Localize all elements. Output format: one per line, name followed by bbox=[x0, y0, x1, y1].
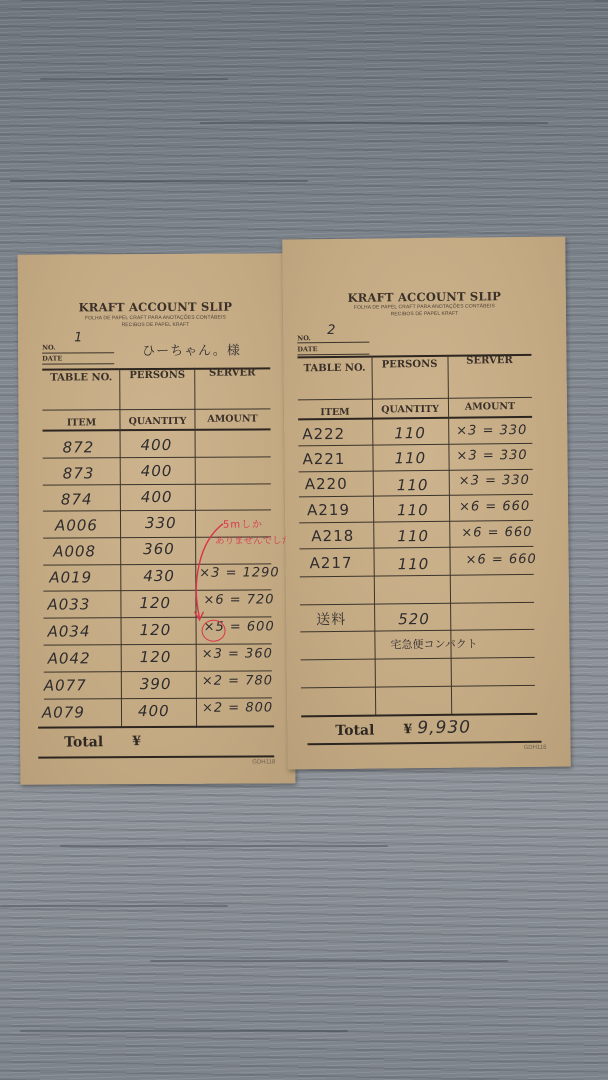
wood-grain bbox=[10, 180, 308, 182]
quantity-cell: 120 bbox=[140, 621, 172, 639]
item-cell: 874 bbox=[61, 490, 93, 508]
product-code: GDH118 bbox=[252, 759, 275, 765]
slip-number: 1 bbox=[74, 330, 83, 345]
column-rule bbox=[298, 397, 532, 400]
quantity-cell: 430 bbox=[143, 567, 175, 585]
no-underline bbox=[42, 352, 114, 353]
quantity-cell: 110 bbox=[397, 501, 429, 519]
item-cell: 873 bbox=[63, 464, 95, 482]
row-rule bbox=[44, 616, 272, 618]
item-cell: A077 bbox=[44, 676, 87, 694]
no-underline bbox=[297, 342, 369, 344]
item-cell: A006 bbox=[55, 516, 98, 534]
date-label: DATE bbox=[42, 354, 62, 362]
quantity-column-header: QUANTITY bbox=[372, 404, 448, 416]
quantity-cell: 110 bbox=[397, 476, 429, 494]
quantity-cell: 520 bbox=[398, 610, 430, 628]
item-cell: A019 bbox=[49, 568, 92, 586]
date-underline bbox=[42, 363, 114, 364]
row-rule bbox=[43, 456, 271, 458]
amount-cell: ×6 = 660 bbox=[466, 552, 537, 568]
row-rule bbox=[44, 670, 272, 672]
item-cell: A042 bbox=[48, 649, 91, 667]
row-rule bbox=[43, 483, 271, 485]
quantity-cell: 120 bbox=[139, 594, 171, 612]
date-label: DATE bbox=[297, 345, 317, 353]
row-rule bbox=[43, 589, 271, 591]
account-slip-2: KRAFT ACCOUNT SLIP FOLHA DE PAPEL CRAFT … bbox=[282, 237, 571, 770]
quantity-cell: 400 bbox=[141, 462, 173, 480]
slip-number: 2 bbox=[327, 323, 336, 338]
quantity-cell: 400 bbox=[138, 702, 170, 720]
quantity-cell: 110 bbox=[394, 449, 426, 467]
table-row: 宅急便コンパクト bbox=[282, 237, 565, 240]
table-row: A033 120 ×6 = 720 bbox=[18, 253, 293, 254]
item-column-header: ITEM bbox=[298, 407, 372, 419]
wood-grain bbox=[60, 845, 388, 847]
server-header: SERVER bbox=[194, 367, 270, 378]
quantity-cell: 110 bbox=[397, 527, 429, 545]
quantity-cell: 400 bbox=[141, 488, 173, 506]
total-underline bbox=[38, 755, 274, 758]
row-rule bbox=[299, 546, 533, 549]
total-label: Total bbox=[64, 734, 103, 750]
row-rule bbox=[301, 685, 535, 688]
recipient-name: ひーちゃん。様 bbox=[142, 340, 241, 360]
row-rule bbox=[299, 494, 533, 497]
wood-grain bbox=[0, 905, 228, 907]
slip-title: KRAFT ACCOUNT SLIP bbox=[18, 299, 293, 314]
wood-grain bbox=[150, 960, 508, 962]
table-row: 送料 520 bbox=[282, 237, 565, 240]
wood-grain bbox=[40, 78, 228, 80]
account-slip-1: KRAFT ACCOUNT SLIP FOLHA DE PAPEL CRAFT … bbox=[18, 253, 296, 784]
item-cell: A008 bbox=[53, 542, 96, 560]
table-row: A019 430 ×3 = 1290 bbox=[18, 253, 293, 254]
table-row: A034 120 ×5 = 600 bbox=[18, 253, 293, 254]
amount-cell: ×3 = 330 bbox=[459, 473, 530, 489]
row-rule bbox=[43, 509, 271, 511]
row-rule bbox=[300, 574, 534, 577]
table-row: A077 390 ×2 = 780 bbox=[18, 253, 293, 254]
item-cell: A033 bbox=[47, 595, 90, 613]
item-cell: A034 bbox=[48, 622, 91, 640]
item-cell: A221 bbox=[302, 450, 345, 468]
currency-symbol: ¥ bbox=[403, 722, 412, 737]
item-cell: A220 bbox=[305, 475, 348, 493]
table-row: A222 110 ×3 = 330 bbox=[282, 237, 565, 240]
currency-symbol: ¥ bbox=[132, 734, 141, 749]
item-cell: A218 bbox=[311, 527, 354, 545]
amount-cell: ×6 = 660 bbox=[461, 525, 532, 541]
total-underline bbox=[308, 741, 542, 745]
red-arrow-icon bbox=[189, 522, 230, 634]
total-amount: 9,930 bbox=[417, 718, 471, 739]
persons-header: PERSONS bbox=[371, 359, 447, 371]
table-no-header: TABLE NO. bbox=[42, 372, 120, 383]
quantity-cell: 110 bbox=[398, 555, 430, 573]
item-cell: A222 bbox=[302, 425, 345, 443]
amount-column-header: AMOUNT bbox=[194, 413, 270, 424]
row-rule bbox=[299, 469, 533, 472]
amount-cell: ×3 = 360 bbox=[202, 646, 273, 661]
server-header: SERVER bbox=[447, 355, 531, 367]
row-rule bbox=[301, 657, 535, 660]
table-row: 872 400 bbox=[18, 253, 293, 254]
amount-cell: ×2 = 800 bbox=[202, 700, 273, 715]
amount-cell: ×3 = 330 bbox=[456, 448, 527, 464]
quantity-cell: 120 bbox=[140, 648, 172, 666]
wood-grain bbox=[200, 122, 548, 124]
item-cell: 送料 bbox=[316, 609, 346, 629]
table-row: A217 110 ×6 = 660 bbox=[282, 237, 565, 240]
persons-header: PERSONS bbox=[120, 370, 194, 381]
table-row: A220 110 ×3 = 330 bbox=[282, 237, 565, 240]
row-rule bbox=[300, 629, 534, 632]
item-cell: A219 bbox=[307, 501, 350, 519]
item-cell: A217 bbox=[310, 554, 353, 572]
table-row: A219 110 ×6 = 660 bbox=[282, 237, 565, 240]
product-code: GDH118 bbox=[524, 745, 547, 751]
column-rule bbox=[42, 408, 270, 410]
quantity-cell: 360 bbox=[143, 540, 175, 558]
row-rule bbox=[44, 643, 272, 645]
item-cell: A079 bbox=[42, 703, 85, 721]
slip-subtitle: RECIBOS DE PAPEL KRAFT bbox=[18, 321, 293, 328]
row-rule bbox=[44, 697, 272, 699]
no-label: NO. bbox=[42, 344, 56, 352]
row-rule bbox=[300, 602, 534, 605]
item-column-header: ITEM bbox=[42, 417, 120, 428]
total-rule bbox=[301, 713, 537, 717]
amount-cell: ×3 = 330 bbox=[456, 423, 527, 439]
quantity-column-header: QUANTITY bbox=[120, 416, 194, 427]
shipping-method-note: 宅急便コンパクト bbox=[390, 635, 477, 652]
item-cell: 872 bbox=[63, 438, 95, 456]
amount-cell: ×2 = 780 bbox=[202, 673, 273, 688]
table-row: A006 330 bbox=[18, 253, 293, 254]
table-row: A008 360 bbox=[18, 253, 293, 254]
table-row: A079 400 ×2 = 800 bbox=[18, 253, 293, 254]
table-no-header: TABLE NO. bbox=[298, 363, 372, 375]
quantity-cell: 390 bbox=[140, 675, 172, 693]
no-label: NO. bbox=[297, 334, 311, 342]
table-row: 874 400 bbox=[18, 253, 293, 254]
column-rule bbox=[43, 428, 271, 431]
amount-column-header: AMOUNT bbox=[448, 401, 532, 413]
amount-cell: ×6 = 660 bbox=[459, 499, 530, 515]
total-rule bbox=[38, 725, 274, 728]
table-row: A218 110 ×6 = 660 bbox=[282, 237, 565, 240]
row-rule bbox=[298, 443, 532, 446]
quantity-cell: 400 bbox=[141, 436, 173, 454]
wood-grain bbox=[20, 1030, 348, 1032]
row-rule bbox=[299, 520, 533, 523]
table-row: 873 400 bbox=[18, 253, 293, 254]
quantity-cell: 110 bbox=[394, 424, 426, 442]
table-row: A042 120 ×3 = 360 bbox=[18, 253, 293, 254]
total-label: Total bbox=[335, 723, 374, 739]
table-row: A221 110 ×3 = 330 bbox=[282, 237, 565, 240]
quantity-cell: 330 bbox=[145, 514, 177, 532]
